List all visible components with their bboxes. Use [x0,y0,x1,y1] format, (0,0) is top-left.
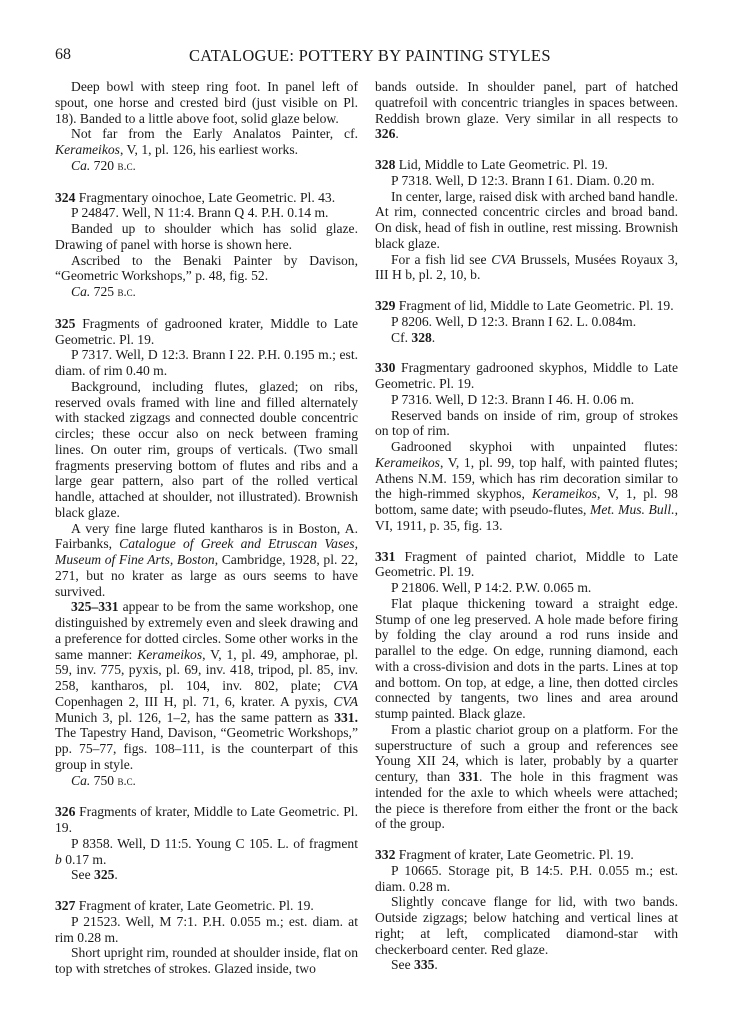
entry-number: 329 [375,298,395,313]
description: Deep bowl with steep ring foot. In panel… [55,79,358,126]
description: Short upright rim, rounded at shoulder i… [55,945,358,977]
entry-heading: 325 Fragments of gadrooned krater, Middl… [55,316,358,348]
inventory: P 10665. Storage pit, B 14:5. P.H. 0.055… [375,863,678,895]
entry-number: 326 [55,804,75,819]
catalogue-entry-330: 330 Fragmentary gadrooned skyphos, Middl… [375,360,678,533]
entry-number: 330 [375,360,395,375]
inventory: P 8206. Well, D 12:3. Brann I 62. L. 0.0… [375,314,678,330]
catalogue-entry-332: 332 Fragment of krater, Late Geometric. … [375,847,678,973]
page-header: 68 CATALOGUE: POTTERY BY PAINTING STYLES [55,46,677,68]
entry-327-continuation: bands outside. In shoulder panel, part o… [375,79,678,142]
inventory: P 21806. Well, P 14:2. P.W. 0.065 m. [375,580,678,596]
entry-heading: 331 Fragment of painted chariot, Middle … [375,549,678,581]
right-column: bands outside. In shoulder panel, part o… [375,79,678,973]
entry-heading: 324 Fragmentary oinochoe, Late Geometric… [55,190,358,206]
attribution: Ascribed to the Benaki Painter by Daviso… [55,253,358,285]
inventory: P 21523. Well, M 7:1. P.H. 0.055 m.; est… [55,914,358,946]
entry-heading: 330 Fragmentary gadrooned skyphos, Middl… [375,360,678,392]
catalogue-entry-328: 328 Lid, Middle to Late Geometric. Pl. 1… [375,157,678,283]
catalogue-entry-327: 327 Fragment of krater, Late Geometric. … [55,898,358,977]
entry-number: 328 [375,157,395,172]
description: Flat plaque thickening toward a straight… [375,596,678,722]
description: Slightly concave flange for lid, with tw… [375,894,678,957]
inventory: P 8358. Well, D 11:5. Young C 105. L. of… [55,836,358,868]
date: Ca. 750 b.c. [55,773,358,790]
description: bands outside. In shoulder panel, part o… [375,79,678,142]
description: Reserved bands on inside of rim, group o… [375,408,678,440]
catalogue-entry-326: 326 Fragments of krater, Middle to Late … [55,804,358,883]
comparanda: Gadrooned skyphoi with unpainted flutes:… [375,439,678,534]
entry-heading: 329 Fragment of lid, Middle to Late Geom… [375,298,678,314]
comparanda: A very fine large fluted kantharos is in… [55,521,358,600]
date: Ca. 720 b.c. [55,158,358,175]
catalogue-entry-329: 329 Fragment of lid, Middle to Late Geom… [375,298,678,345]
comparanda: Not far from the Early Analatos Painter,… [55,126,358,158]
inventory: P 7317. Well, D 12:3. Brann I 22. P.H. 0… [55,347,358,379]
running-title: CATALOGUE: POTTERY BY PAINTING STYLES [189,46,551,66]
catalogue-entry-325: 325 Fragments of gadrooned krater, Middl… [55,316,358,790]
cross-reference: See 325. [55,867,358,883]
entry-number: 325 [55,316,75,331]
date: Ca. 725 b.c. [55,284,358,301]
comparanda: From a plastic chariot group on a platfo… [375,722,678,832]
entry-number: 332 [375,847,395,862]
workshop-note: 325–331 appear to be from the same works… [55,599,358,772]
left-column: Deep bowl with steep ring foot. In panel… [55,79,358,977]
entry-heading: 328 Lid, Middle to Late Geometric. Pl. 1… [375,157,678,173]
inventory: P 7318. Well, D 12:3. Brann I 61. Diam. … [375,173,678,189]
entry-number: 331 [375,549,395,564]
comparanda: For a fish lid see CVA Brussels, Musées … [375,252,678,284]
cross-reference: Cf. 328. [375,330,678,346]
inventory: P 7316. Well, D 12:3. Brann I 46. H. 0.0… [375,392,678,408]
entry-number: 324 [55,190,75,205]
cross-reference: See 335. [375,957,678,973]
description: In center, large, raised disk with arche… [375,189,678,252]
description: Banded up to shoulder which has solid gl… [55,221,358,253]
entry-heading: 326 Fragments of krater, Middle to Late … [55,804,358,836]
inventory: P 24847. Well, N 11:4. Brann Q 4. P.H. 0… [55,205,358,221]
entry-323-continuation: Deep bowl with steep ring foot. In panel… [55,79,358,175]
description: Background, including flutes, glazed; on… [55,379,358,521]
entry-number: 327 [55,898,75,913]
catalogue-entry-324: 324 Fragmentary oinochoe, Late Geometric… [55,190,358,301]
page-number: 68 [55,46,71,64]
catalogue-entry-331: 331 Fragment of painted chariot, Middle … [375,549,678,833]
entry-heading: 327 Fragment of krater, Late Geometric. … [55,898,358,914]
entry-heading: 332 Fragment of krater, Late Geometric. … [375,847,678,863]
